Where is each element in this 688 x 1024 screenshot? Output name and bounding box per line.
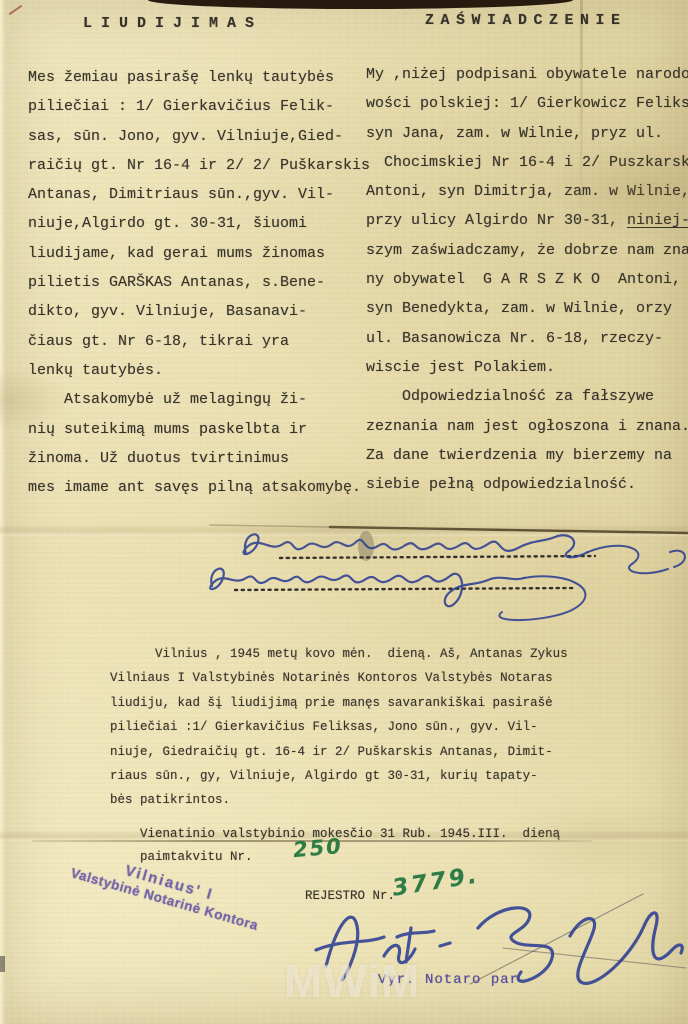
text-line: Odpowiedzialność za fałszywe	[366, 382, 688, 411]
text-line: bės patikrintos.	[110, 788, 670, 812]
text-line: dikto, gyv. Vilniuje, Basanavi-	[28, 297, 388, 326]
text-line: wości polskiej: 1/ Gierkowicz Feliks	[366, 89, 688, 118]
text-line: wiscie jest Polakiem.	[366, 353, 688, 382]
handwritten-receipt-number: 250	[292, 834, 344, 862]
notary-attestation: Vilnius , 1945 metų kovo mėn. dieną. Aš,…	[110, 642, 670, 813]
text-line: sas, sūn. Jono, gyv. Vilniuje,Gied-	[28, 122, 388, 151]
dotted-signature-line	[280, 556, 595, 558]
text-line: niuje,Algirdo gt. 30-31, šiuomi	[28, 209, 388, 238]
text-line: syn Jana, zam. w Wilnie, pryz ul.	[366, 119, 688, 148]
notary-signature-stroke	[478, 908, 553, 981]
title-polish: ZAŚWIADCZENIE	[425, 12, 627, 29]
text-line: Vilniaus I Valstybinės Notarinės Kontoro…	[110, 666, 670, 690]
text-line: žinoma. Už duotus tvirtinimus	[28, 444, 388, 473]
text-line: zeznania nam jest ogłoszona i znana.	[366, 412, 688, 441]
underlined-word: niniej-	[627, 212, 688, 229]
text-line: ny obywatel G A R S Z K O Antoni,	[366, 265, 688, 294]
text-line: szym zaświadczamy, że dobrze nam zna	[366, 236, 688, 265]
text-line: mes imame ant savęs pilną atsakomybę.	[28, 473, 388, 502]
notary-signature-stroke	[316, 917, 450, 980]
text-line: Chocimskiej Nr 16-4 i 2/ Puszkarski	[366, 148, 688, 177]
fee-statement: Vienatinio valstybinio mokesčio 31 Rub. …	[140, 827, 560, 841]
text-line: piliečiai :1/ Gierkavičius Feliksas, Jon…	[110, 715, 670, 739]
fee-receipt-label: paimtakvitu Nr.	[140, 850, 253, 864]
crease-line	[330, 527, 688, 533]
lithuanian-column: Mes žemiau pasirašę lenkų tautybės pilie…	[28, 63, 388, 502]
signature-puszkarski-tail	[499, 576, 585, 620]
text-line: Mes žemiau pasirašę lenkų tautybės	[28, 63, 388, 92]
text-line: riaus sūn., gy, Vilniuje, Algirdo gt 30-…	[110, 764, 670, 788]
polish-column: My ,niżej podpisani obywatele narodo woś…	[366, 60, 688, 499]
crease-line-faint	[210, 525, 330, 527]
text-line: Za dane twierdzenia my bierzemy na	[366, 441, 688, 470]
dotted-signature-line	[235, 588, 575, 590]
text-line: liudijame, kad gerai mums žinomas	[28, 239, 388, 268]
text-line: raičių gt. Nr 16-4 ir 2/ 2/ Puškarskis	[28, 151, 388, 180]
text-line: lenkų tautybės.	[28, 356, 388, 385]
citizen-signatures	[150, 512, 688, 640]
text-line: ul. Basanowicza Nr. 6-18, rzeczy-	[366, 324, 688, 353]
edge-ink-mark	[0, 956, 5, 972]
paper-left-edge	[0, 0, 6, 1024]
text-line: nių suteikimą mums paskelbta ir	[28, 415, 388, 444]
text-line: niuje, Giedraičių gt. 16-4 ir 2/ Puškars…	[110, 740, 670, 764]
text-line: čiaus gt. Nr 6-18, tikrai yra	[28, 327, 388, 356]
signature-gierkowicz-flourish	[588, 546, 685, 574]
document-page: LIUDIJIMAS ZAŚWIADCZENIE Mes žemiau pasi…	[0, 0, 688, 1024]
text-line: pilietis GARŠKAS Antanas, s.Bene-	[28, 268, 388, 297]
scan-background-edge	[148, 0, 573, 9]
title-lithuanian: LIUDIJIMAS	[83, 15, 263, 32]
text-line: siebie pełną odpowiedzialność.	[366, 470, 688, 499]
text-line: syn Benedykta, zam. w Wilnie, orzy	[366, 294, 688, 323]
text-line: piliečiai : 1/ Gierkavičius Felik-	[28, 92, 388, 121]
text-line: My ,niżej podpisani obywatele narodo	[366, 60, 688, 89]
text-segment: przy ulicy Algirdo Nr 30-31,	[366, 212, 627, 229]
text-line: Atsakomybė už melagingų ži-	[28, 385, 388, 414]
corner-ink-mark	[9, 5, 22, 15]
notary-signature-caption: Vyr. Notaro par.	[378, 972, 528, 988]
text-line: przy ulicy Algirdo Nr 30-31, niniej-	[366, 206, 688, 235]
text-line: Antanas, Dimitriaus sūn.,gyv. Vil-	[28, 180, 388, 209]
pencil-line	[470, 894, 643, 984]
text-line: liudiju, kad šį liudijimą prie manęs sav…	[110, 691, 670, 715]
text-line: Vilnius , 1945 metų kovo mėn. dieną. Aš,…	[110, 642, 670, 666]
signature-gierkowicz	[243, 534, 588, 557]
notary-signature	[298, 886, 688, 1008]
text-line: Antoni, syn Dimitrja, zam. w Wilnie,	[366, 177, 688, 206]
